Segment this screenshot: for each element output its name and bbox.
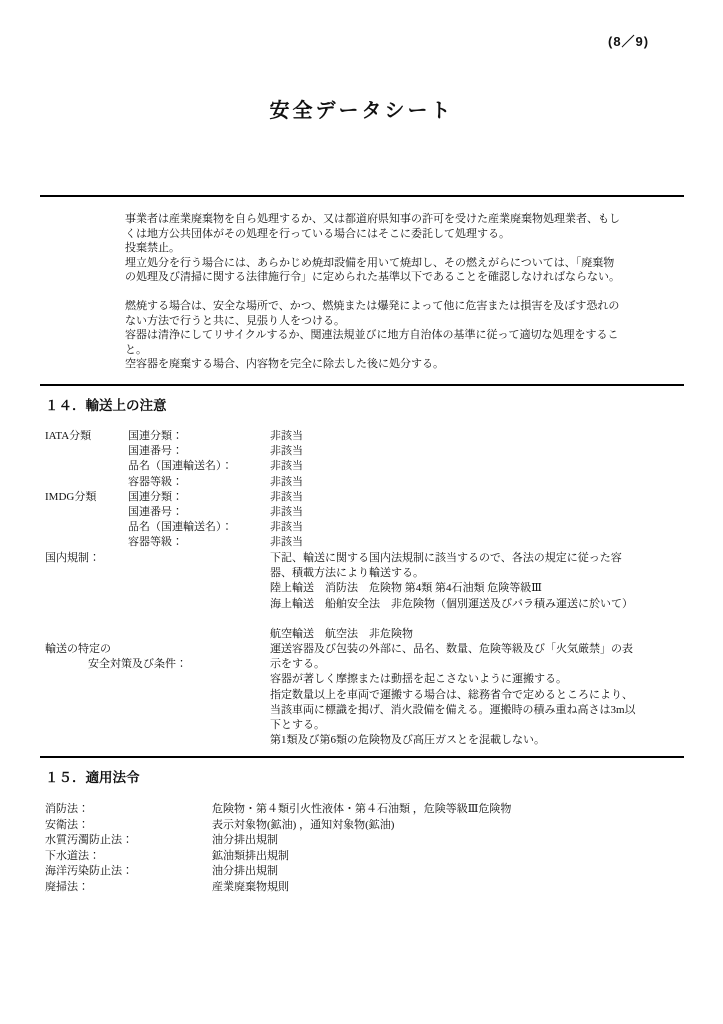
field-value: 非該当 bbox=[270, 475, 683, 490]
table-row: 海洋汚染防止法： 油分排出規制 bbox=[45, 864, 683, 880]
law-value: 油分排出規制 bbox=[212, 864, 683, 880]
text-line: 当該車両に標識を掲げ、消火設備を備える。運搬時の積み重ね高さは3m以 bbox=[270, 703, 683, 718]
field-label: 品名（国連輸送名）： bbox=[128, 459, 270, 474]
table-row: 品名（国連輸送名）： 非該当 bbox=[45, 459, 683, 474]
transport-classification-table: IATA分類 国連分類： 非該当 国連番号： 非該当 品名（国連輸送名）： 非該… bbox=[45, 429, 683, 551]
law-value: 油分排出規制 bbox=[212, 833, 683, 849]
text-line: 下とする。 bbox=[270, 718, 683, 733]
text-line: と。 bbox=[125, 343, 685, 358]
field-label: 品名（国連輸送名）： bbox=[128, 520, 270, 535]
law-name: 海洋汚染防止法： bbox=[45, 864, 212, 880]
classification-label bbox=[45, 535, 128, 550]
classification-label bbox=[45, 505, 128, 520]
classification-label bbox=[45, 444, 128, 459]
field-value: 非該当 bbox=[270, 444, 683, 459]
transport-safety-label-line1: 輸送の特定の bbox=[45, 642, 111, 657]
table-row: 廃掃法： 産業廃棄物規則 bbox=[45, 880, 683, 896]
transport-safety-text: 運送容器及び包装の外部に、品名、数量、危険等級及び「火気厳禁」の表 示をする。 … bbox=[270, 642, 683, 748]
section-15-heading: １５．適用法令 bbox=[45, 766, 140, 786]
text-line: 第1類及び第6類の危険物及び高圧ガスとを混載しない。 bbox=[270, 733, 683, 748]
law-name: 水質汚濁防止法： bbox=[45, 833, 212, 849]
classification-label: IATA分類 bbox=[45, 429, 128, 444]
sds-document-page: (8／9) 安全データシート 事業者は産業廃棄物を自ら処理するか、又は都道府県知… bbox=[0, 0, 723, 1024]
section-divider bbox=[40, 384, 684, 386]
text-line: 事業者は産業廃棄物を自ら処理するか、又は都道府県知事の許可を受けた産業廃棄物処理… bbox=[125, 212, 685, 227]
text-line: 容器は清浄にしてリサイクルするか、関連法規並びに地方自治体の基準に従って適切な処… bbox=[125, 328, 685, 343]
field-value: 非該当 bbox=[270, 535, 683, 550]
law-name: 下水道法： bbox=[45, 849, 212, 865]
field-value: 非該当 bbox=[270, 459, 683, 474]
table-row: 下水道法： 鉱油類排出規制 bbox=[45, 849, 683, 865]
section-14-heading: １４．輸送上の注意 bbox=[45, 394, 167, 414]
text-line: 燃焼する場合は、安全な場所で、かつ、燃焼または爆発によって他に危害または損害を及… bbox=[125, 299, 685, 314]
classification-label: IMDG分類 bbox=[45, 490, 128, 505]
table-row: 容器等級： 非該当 bbox=[45, 535, 683, 550]
text-line: ない方法で行うと共に、見張り人をつける。 bbox=[125, 314, 685, 329]
table-row: 国連番号： 非該当 bbox=[45, 444, 683, 459]
transport-safety-label-line2: 安全対策及び条件： bbox=[88, 657, 187, 672]
disposal-paragraphs: 事業者は産業廃棄物を自ら処理するか、又は都道府県知事の許可を受けた産業廃棄物処理… bbox=[125, 212, 685, 372]
classification-label bbox=[45, 475, 128, 490]
blank-line bbox=[125, 285, 685, 300]
classification-label bbox=[45, 459, 128, 474]
field-label: 国連番号： bbox=[128, 444, 270, 459]
blank-line bbox=[270, 612, 683, 627]
text-line: 陸上輸送 消防法 危険物 第4類 第4石油類 危険等級Ⅲ bbox=[270, 581, 683, 596]
text-line: 航空輸送 航空法 非危険物 bbox=[270, 627, 683, 642]
law-value: 鉱油類排出規制 bbox=[212, 849, 683, 865]
text-line: 投棄禁止。 bbox=[125, 241, 685, 256]
law-name: 廃掃法： bbox=[45, 880, 212, 896]
domestic-regulation-text: 下記、輸送に関する国内法規制に該当するので、各法の規定に従った容 器、積載方法に… bbox=[270, 551, 683, 642]
section-divider bbox=[40, 195, 684, 197]
text-line: 器、積載方法により輸送する。 bbox=[270, 566, 683, 581]
classification-label bbox=[45, 520, 128, 535]
law-value: 産業廃棄物規則 bbox=[212, 880, 683, 896]
text-line: くは地方公共団体がその処理を行っている場合にはそこに委託して処理する。 bbox=[125, 227, 685, 242]
applicable-laws-table: 消防法： 危険物・第４類引火性液体・第４石油類 ，危険等級Ⅲ危険物 安衛法： 表… bbox=[45, 802, 683, 895]
text-line: 指定数量以上を車両で運搬する場合は、総務省令で定めるところにより、 bbox=[270, 688, 683, 703]
field-value: 非該当 bbox=[270, 429, 683, 444]
text-line: 容器が著しく摩擦または動揺を起こさないように運搬する。 bbox=[270, 672, 683, 687]
text-line: 空容器を廃棄する場合、内容物を完全に除去した後に処分する。 bbox=[125, 357, 685, 372]
table-row: 消防法： 危険物・第４類引火性液体・第４石油類 ，危険等級Ⅲ危険物 bbox=[45, 802, 683, 818]
law-name: 安衛法： bbox=[45, 818, 212, 834]
page-number: (8／9) bbox=[608, 31, 649, 50]
section-divider bbox=[40, 756, 684, 758]
law-value: 危険物・第４類引火性液体・第４石油類 ，危険等級Ⅲ危険物 bbox=[212, 802, 683, 818]
table-row: 国連番号： 非該当 bbox=[45, 505, 683, 520]
text-line: 海上輸送 船舶安全法 非危険物（個別運送及びバラ積み運送に於いて） bbox=[270, 597, 683, 612]
field-value: 非該当 bbox=[270, 490, 683, 505]
law-name: 消防法： bbox=[45, 802, 212, 818]
text-line: 埋立処分を行う場合には、あらかじめ焼却設備を用いて焼却し、その燃えがらについては… bbox=[125, 256, 685, 271]
field-label: 国連分類： bbox=[128, 429, 270, 444]
field-label: 国連分類： bbox=[128, 490, 270, 505]
table-row: 品名（国連輸送名）： 非該当 bbox=[45, 520, 683, 535]
table-row: 安衛法： 表示対象物(鉱油) ，通知対象物(鉱油) bbox=[45, 818, 683, 834]
table-row: IMDG分類 国連分類： 非該当 bbox=[45, 490, 683, 505]
field-value: 非該当 bbox=[270, 520, 683, 535]
law-value: 表示対象物(鉱油) ，通知対象物(鉱油) bbox=[212, 818, 683, 834]
text-line: 下記、輸送に関する国内法規制に該当するので、各法の規定に従った容 bbox=[270, 551, 683, 566]
text-line: 運送容器及び包装の外部に、品名、数量、危険等級及び「火気厳禁」の表 bbox=[270, 642, 683, 657]
field-label: 容器等級： bbox=[128, 475, 270, 490]
field-label: 国連番号： bbox=[128, 505, 270, 520]
table-row: IATA分類 国連分類： 非該当 bbox=[45, 429, 683, 444]
page-title: 安全データシート bbox=[0, 94, 723, 123]
table-row: 水質汚濁防止法： 油分排出規制 bbox=[45, 833, 683, 849]
domestic-regulation-label: 国内規制： bbox=[45, 551, 100, 566]
text-line: の処理及び清掃に関する法律施行令」に定められた基準以下であることを確認しなければ… bbox=[125, 270, 685, 285]
field-label: 容器等級： bbox=[128, 535, 270, 550]
text-line: 示をする。 bbox=[270, 657, 683, 672]
field-value: 非該当 bbox=[270, 505, 683, 520]
table-row: 容器等級： 非該当 bbox=[45, 475, 683, 490]
